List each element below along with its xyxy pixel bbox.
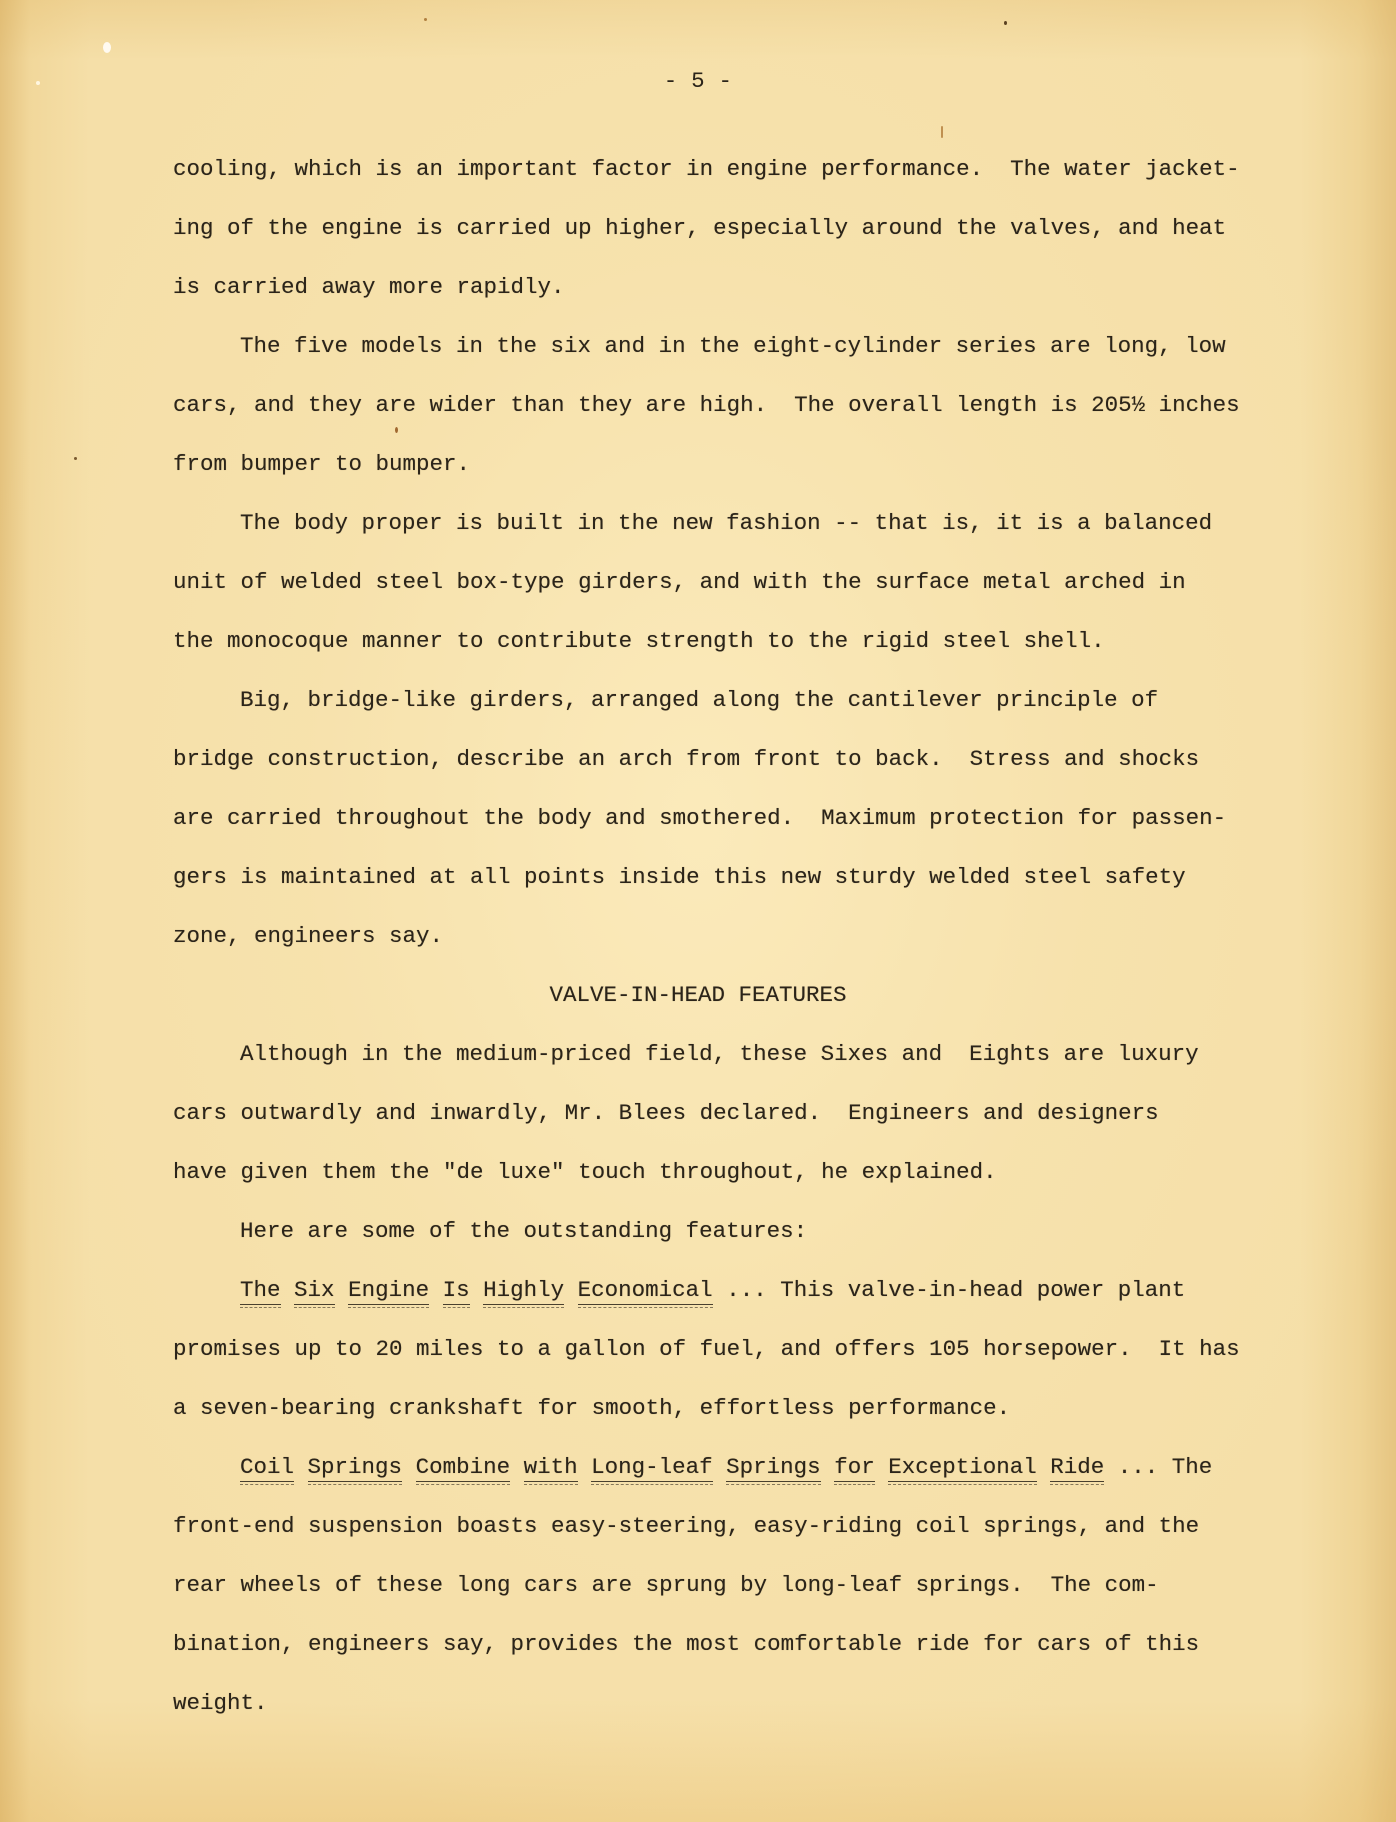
body-line: is carried away more rapidly. bbox=[173, 272, 565, 302]
body-line: rear wheels of these long cars are sprun… bbox=[173, 1570, 1159, 1600]
feature-title-word: Combine bbox=[416, 1452, 511, 1482]
body-line: Big, bridge-like girders, arranged along… bbox=[240, 685, 1158, 715]
feature-title-word: Springs bbox=[726, 1452, 821, 1482]
paper-blemish bbox=[1004, 21, 1007, 25]
feature-title-word: Engine bbox=[348, 1275, 429, 1305]
feature-title-line: Coil Springs Combine with Long-leaf Spri… bbox=[240, 1452, 1212, 1482]
feature-title-word: Ride bbox=[1050, 1452, 1104, 1482]
feature-title-tail: ... This valve-in-head power plant bbox=[713, 1277, 1186, 1303]
body-line: from bumper to bumper. bbox=[173, 449, 470, 479]
body-line: the monocoque manner to contribute stren… bbox=[173, 626, 1105, 656]
body-line: cooling, which is an important factor in… bbox=[173, 154, 1240, 184]
body-line: unit of welded steel box-type girders, a… bbox=[173, 567, 1186, 597]
paper-blemish bbox=[395, 427, 398, 433]
feature-title-word: Economical bbox=[578, 1275, 713, 1305]
feature-title-word: Exceptional bbox=[888, 1452, 1037, 1482]
page-number: - 5 - bbox=[0, 66, 1396, 96]
body-line: Although in the medium-priced field, the… bbox=[240, 1039, 1199, 1069]
feature-title-word: Is bbox=[443, 1275, 470, 1305]
feature-title-word: Coil bbox=[240, 1452, 294, 1482]
feature-title-word: The bbox=[240, 1275, 281, 1305]
body-line: gers is maintained at all points inside … bbox=[173, 862, 1186, 892]
body-line: cars outwardly and inwardly, Mr. Blees d… bbox=[173, 1098, 1159, 1128]
feature-title-line: The Six Engine Is Highly Economical ... … bbox=[240, 1275, 1185, 1305]
body-line: weight. bbox=[173, 1688, 268, 1718]
body-line: a seven-bearing crankshaft for smooth, e… bbox=[173, 1393, 1010, 1423]
feature-title-word: Long-leaf bbox=[591, 1452, 713, 1482]
feature-title-word: with bbox=[524, 1452, 578, 1482]
paper-blemish bbox=[103, 42, 111, 53]
section-heading: VALVE-IN-HEAD FEATURES bbox=[0, 980, 1396, 1010]
body-line: bination, engineers say, provides the mo… bbox=[173, 1629, 1199, 1659]
feature-title-word: Six bbox=[294, 1275, 335, 1305]
body-line: The five models in the six and in the ei… bbox=[240, 331, 1226, 361]
body-line: bridge construction, describe an arch fr… bbox=[173, 744, 1199, 774]
feature-title-word: Highly bbox=[483, 1275, 564, 1305]
body-line: are carried throughout the body and smot… bbox=[173, 803, 1226, 833]
feature-title-word: for bbox=[834, 1452, 875, 1482]
typewritten-page: - 5 - cooling, which is an important fac… bbox=[0, 0, 1396, 1822]
paper-blemish bbox=[424, 18, 427, 21]
paper-blemish bbox=[941, 126, 943, 138]
body-line: Here are some of the outstanding feature… bbox=[240, 1216, 807, 1246]
body-line: front-end suspension boasts easy-steerin… bbox=[173, 1511, 1199, 1541]
body-line: promises up to 20 miles to a gallon of f… bbox=[173, 1334, 1240, 1364]
body-line: ing of the engine is carried up higher, … bbox=[173, 213, 1226, 243]
feature-title-tail: ... The bbox=[1104, 1454, 1212, 1480]
body-line: have given them the "de luxe" touch thro… bbox=[173, 1157, 997, 1187]
feature-title-word: Springs bbox=[308, 1452, 403, 1482]
paper-blemish bbox=[74, 457, 77, 460]
body-line: The body proper is built in the new fash… bbox=[240, 508, 1212, 538]
body-line: cars, and they are wider than they are h… bbox=[173, 390, 1240, 420]
body-line: zone, engineers say. bbox=[173, 921, 443, 951]
